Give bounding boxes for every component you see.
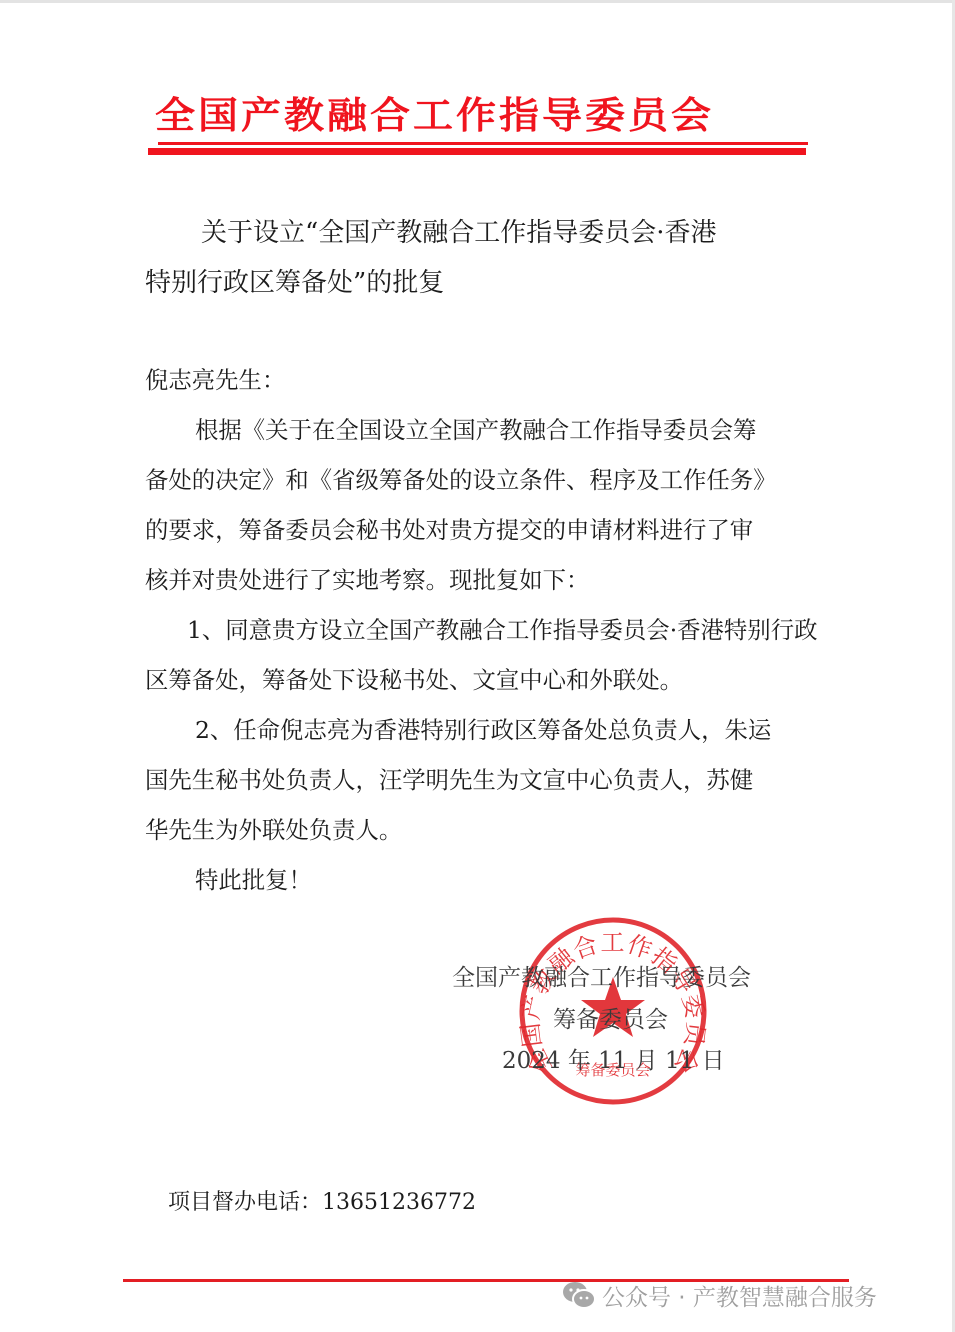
document-title: 关于设立“全国产教融合工作指导委员会·香港 特别行政区筹备处”的批复 [145, 208, 810, 308]
approval-item-2: 2、任命倪志亮为香港特别行政区筹备处总负责人，朱运 国先生秘书处负责人，汪学明先… [145, 705, 813, 855]
masthead-title: 全国产教融合工作指导委员会 [155, 94, 810, 138]
salutation: 倪志亮先生： [145, 355, 813, 405]
wechat-watermark: 公众号 · 产教智慧融合服务 [562, 1278, 877, 1312]
contact-phone: 项目督办电话：13651236772 [168, 1185, 476, 1216]
signature-org-line-2: 筹备委员会 [553, 1000, 668, 1040]
closing-line: 特此批复！ [145, 855, 863, 905]
page-top-border [0, 0, 955, 3]
document-title-line-2: 特别行政区筹备处”的批复 [145, 258, 810, 308]
wechat-icon [562, 1280, 596, 1310]
paragraph-line: 核并对贵处进行了实地考察。现批复如下： [145, 555, 813, 605]
paragraph-line: 的要求，筹备委员会秘书处对贵方提交的申请材料进行了审 [145, 505, 813, 555]
approval-item-1: 1、同意贵方设立全国产教融合工作指导委员会·香港特别行政 区筹备处，筹备处下设秘… [145, 605, 813, 705]
paragraph-line: 华先生为外联处负责人。 [145, 805, 813, 855]
paragraph-basis: 根据《关于在全国设立全国产教融合工作指导委员会筹 备处的决定》和《省级筹备处的设… [145, 405, 813, 605]
paragraph-line: 国先生秘书处负责人，汪学明先生为文宣中心负责人，苏健 [145, 755, 813, 805]
paragraph-line: 2、任命倪志亮为香港特别行政区筹备处总负责人，朱运 [145, 705, 813, 755]
signature-date: 2024 年 11 月 11 日 [502, 1041, 725, 1081]
signature-org-line-1: 全国产教融合工作指导委员会 [452, 958, 751, 998]
paragraph-line: 1、同意贵方设立全国产教融合工作指导委员会·香港特别行政 [145, 605, 813, 655]
paragraph-line: 区筹备处，筹备处下设秘书处、文宣中心和外联处。 [145, 655, 813, 705]
paragraph-line: 备处的决定》和《省级筹备处的设立条件、程序及工作任务》 [145, 455, 813, 505]
masthead-thin-rule [158, 142, 808, 145]
contact-label: 项目督办电话： [168, 1190, 322, 1215]
contact-number: 13651236772 [322, 1190, 476, 1215]
masthead-thick-rule [148, 148, 806, 155]
document-title-line-1: 关于设立“全国产教融合工作指导委员会·香港 [145, 208, 810, 258]
paragraph-line: 根据《关于在全国设立全国产教融合工作指导委员会筹 [145, 405, 813, 455]
watermark-text: 公众号 · 产教智慧融合服务 [602, 1279, 877, 1312]
